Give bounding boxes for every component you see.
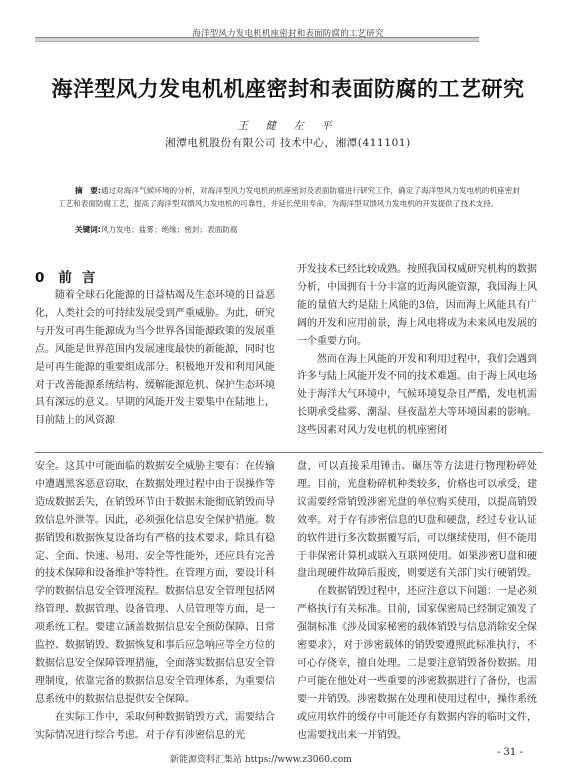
section-heading: 0前言: [35, 266, 105, 286]
section-title: 前言: [58, 270, 105, 286]
abstract: 摘 要:通过对海洋气候环境的分析，对海洋型风力发电机的机座密封及表面防腐进行研究…: [58, 184, 520, 210]
footer-source-link[interactable]: 新能源资料汇集站 https://www.z3060.com: [170, 752, 352, 765]
section-number: 0: [35, 270, 44, 286]
lower-right-column: 盘，可以直接采用锤击、碾压等方法进行物理粉碎处理。目前，光盘粉碎机种类较多，价格…: [297, 458, 537, 745]
keywords-label: 关键词:: [75, 225, 101, 234]
keywords-text: 风力发电；盐雾；绝缘；密封；表面防腐: [101, 225, 238, 234]
paragraph: 随着全球石化能源的日益枯竭及生态环境的日益恶化，人类社会的可持续发展受到严重威胁…: [35, 287, 275, 430]
section-divider: [35, 452, 543, 453]
paragraph: 在数据销毁过程中，还应注意以下问题：一是必须严格执行有关标准。目前，国家保密局已…: [297, 583, 537, 744]
lower-left-column: 安全。这其中可能面临的数据安全威胁主要有：在传输中遭遇黑客恶意窃取，在数据处理过…: [35, 458, 275, 745]
paper-title: 海洋型风力发电机机座密封和表面防腐的工艺研究: [0, 73, 576, 103]
header-rule: [35, 37, 479, 42]
page-number: - 31 -: [497, 747, 523, 758]
upper-left-column: 随着全球石化能源的日益枯竭及生态环境的日益恶化，人类社会的可持续发展受到严重威胁…: [35, 287, 275, 430]
paragraph: 然而在海上风能的开发和利用过程中，我们会遇到许多与陆上风能开发不同的技术难题。由…: [297, 351, 537, 441]
abstract-label: 摘 要:: [75, 186, 101, 195]
authors: 王 健 左 平: [0, 118, 576, 133]
upper-right-column: 开发技术已经比较成熟。按照我国权威研究机构的数据分析，中国拥有十分丰富的近海风能…: [297, 261, 537, 440]
abstract-text: 通过对海洋气候环境的分析，对海洋型风力发电机的机座密封及表面防腐进行研究工作，确…: [58, 186, 520, 208]
keywords: 关键词:风力发电；盐雾；绝缘；密封；表面防腐: [75, 224, 515, 235]
affiliation: 湘潭电机股份有限公司 技术中心，湘潭(411101): [0, 135, 576, 150]
paragraph: 盘，可以直接采用锤击、碾压等方法进行物理粉碎处理。目前，光盘粉碎机种类较多，价格…: [297, 458, 537, 583]
paragraph: 安全。这其中可能面临的数据安全威胁主要有：在传输中遭遇黑客恶意窃取，在数据处理过…: [35, 458, 275, 709]
paragraph: 开发技术已经比较成熟。按照我国权威研究机构的数据分析，中国拥有十分丰富的近海风能…: [297, 261, 537, 351]
paragraph: 在实际工作中，采取何种数据销毁方式，需要结合实际情况进行综合考虑。对于存有涉密信…: [35, 709, 275, 745]
